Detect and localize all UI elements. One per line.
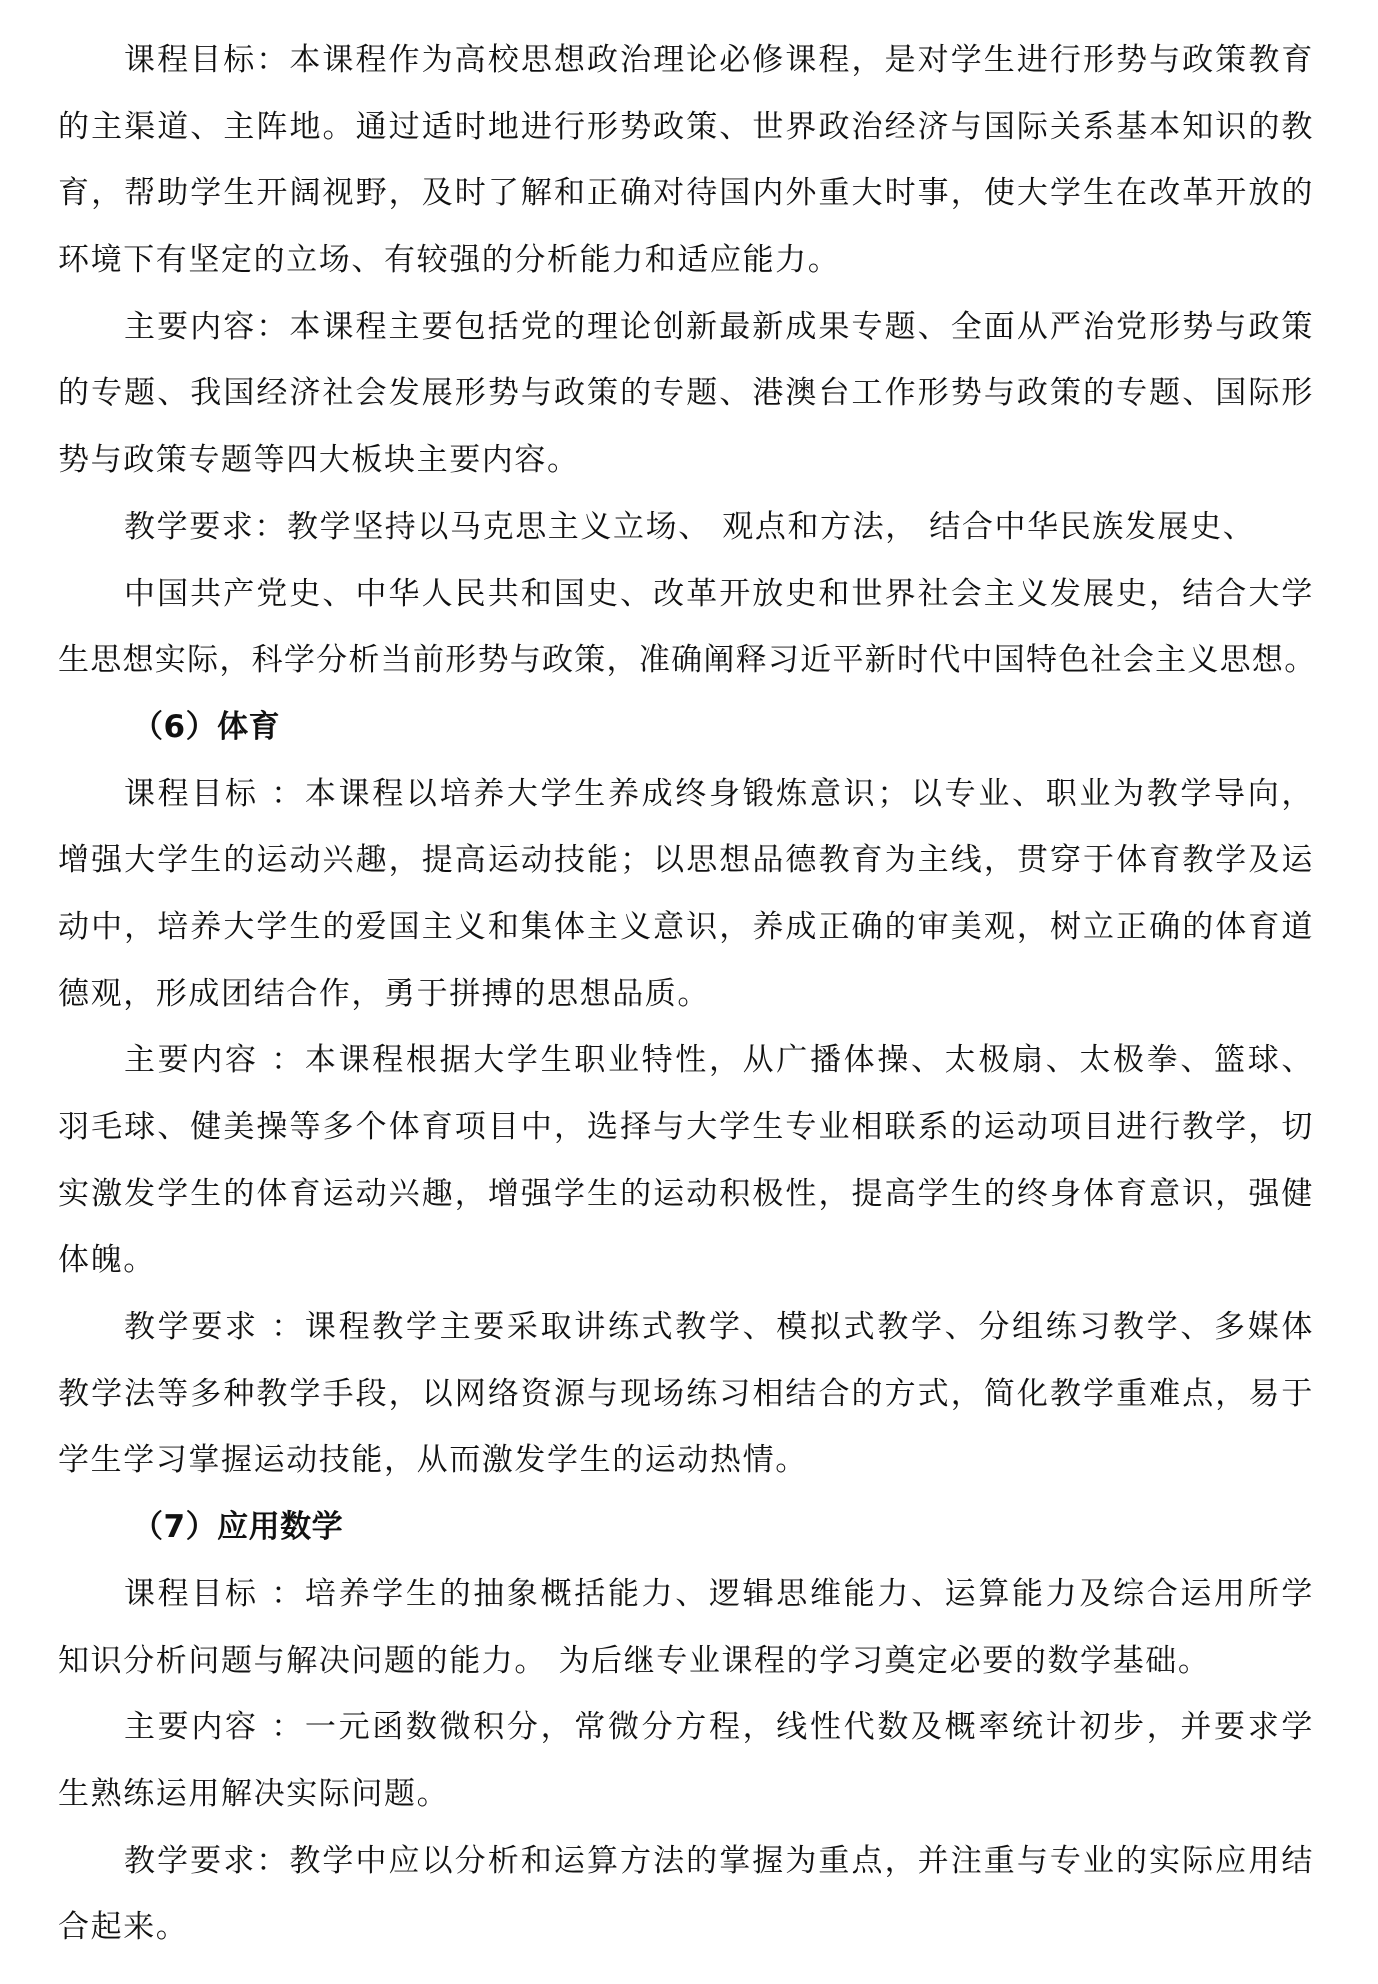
text-line: 课程目标 ：培养学生的抽象概括能力、逻辑思维能力、运算能力及综合运用所学 — [58, 1561, 1314, 1628]
text-line: 势与政策专题等四大板块主要内容。 — [58, 427, 1314, 494]
text-line: 羽毛球、健美操等多个体育项目中，选择与大学生专业相联系的运动项目进行教学，切 — [58, 1094, 1314, 1161]
paragraph-teaching-requirements: 教学要求 ：课程教学主要采取讲练式教学、模拟式教学、分组练习教学、多媒体 教学法… — [58, 1294, 1314, 1494]
text-line: 的专题、我国经济社会发展形势与政策的专题、港澳台工作形势与政策的专题、国际形 — [58, 360, 1314, 427]
section-heading: （7）应用数学 — [58, 1494, 1314, 1561]
paragraph-course-goal: 课程目标：本课程作为高校思想政治理论必修课程，是对学生进行形势与政策教育 的主渠… — [58, 27, 1314, 294]
paragraph-main-content: 主要内容 ：一元函数微积分，常微分方程，线性代数及概率统计初步，并要求学 生熟练… — [58, 1694, 1314, 1827]
text-line: 生思想实际，科学分析当前形势与政策，准确阐释习近平新时代中国特色社会主义思想。 — [58, 627, 1314, 694]
text-line: 主要内容：本课程主要包括党的理论创新最新成果专题、全面从严治党形势与政策 — [58, 294, 1314, 361]
text-line: 实激发学生的体育运动兴趣，增强学生的运动积极性，提高学生的终身体育意识，强健 — [58, 1161, 1314, 1228]
paragraph-course-goal: 课程目标 ：本课程以培养大学生养成终身锻炼意识；以专业、职业为教学导向， 增强大… — [58, 761, 1314, 1028]
text-line: 课程目标：本课程作为高校思想政治理论必修课程，是对学生进行形势与政策教育 — [58, 27, 1314, 94]
text-line: 德观，形成团结合作，勇于拼搏的思想品质。 — [58, 961, 1314, 1028]
text-line: 中国共产党史、中华人民共和国史、改革开放史和世界社会主义发展史，结合大学 — [58, 561, 1314, 628]
text-line: 学生学习掌握运动技能，从而激发学生的运动热情。 — [58, 1427, 1314, 1494]
text-line: 知识分析问题与解决问题的能力。 为后继专业课程的学习奠定必要的数学基础。 — [58, 1628, 1314, 1695]
text-line: 教学要求：教学中应以分析和运算方法的掌握为重点，并注重与专业的实际应用结 — [58, 1828, 1314, 1895]
text-line: 教学法等多种教学手段，以网络资源与现场练习相结合的方式，简化教学重难点，易于 — [58, 1361, 1314, 1428]
text-line: 增强大学生的运动兴趣，提高运动技能；以思想品德教育为主线，贯穿于体育教学及运 — [58, 827, 1314, 894]
paragraph-course-goal: 课程目标 ：培养学生的抽象概括能力、逻辑思维能力、运算能力及综合运用所学 知识分… — [58, 1561, 1314, 1694]
text-line: 主要内容 ：一元函数微积分，常微分方程，线性代数及概率统计初步，并要求学 — [58, 1694, 1314, 1761]
text-line: 合起来。 — [58, 1894, 1314, 1961]
text-line: 课程目标 ：本课程以培养大学生养成终身锻炼意识；以专业、职业为教学导向， — [58, 761, 1314, 828]
section-heading: （6）体育 — [58, 694, 1314, 761]
section-applied-math: （7）应用数学 课程目标 ：培养学生的抽象概括能力、逻辑思维能力、运算能力及综合… — [58, 1494, 1314, 1961]
paragraph-teaching-requirements: 教学要求：教学坚持以马克思主义立场、 观点和方法， 结合中华民族发展史、 中国共… — [58, 494, 1314, 694]
text-line: 体魄。 — [58, 1227, 1314, 1294]
text-line: 生熟练运用解决实际问题。 — [58, 1761, 1314, 1828]
text-line: 环境下有坚定的立场、有较强的分析能力和适应能力。 — [58, 227, 1314, 294]
text-line: 的主渠道、主阵地。通过适时地进行形势政策、世界政治经济与国际关系基本知识的教 — [58, 94, 1314, 161]
text-line: 主要内容 ：本课程根据大学生职业特性，从广播体操、太极扇、太极拳、篮球、 — [58, 1027, 1314, 1094]
paragraph-teaching-requirements: 教学要求：教学中应以分析和运算方法的掌握为重点，并注重与专业的实际应用结 合起来… — [58, 1828, 1314, 1961]
document-page: 课程目标：本课程作为高校思想政治理论必修课程，是对学生进行形势与政策教育 的主渠… — [58, 27, 1314, 1961]
section-politics: 课程目标：本课程作为高校思想政治理论必修课程，是对学生进行形势与政策教育 的主渠… — [58, 27, 1314, 694]
text-line: 教学要求 ：课程教学主要采取讲练式教学、模拟式教学、分组练习教学、多媒体 — [58, 1294, 1314, 1361]
text-line: 育，帮助学生开阔视野，及时了解和正确对待国内外重大时事，使大学生在改革开放的 — [58, 160, 1314, 227]
section-pe: （6）体育 课程目标 ：本课程以培养大学生养成终身锻炼意识；以专业、职业为教学导… — [58, 694, 1314, 1494]
text-line: 动中，培养大学生的爱国主义和集体主义意识，养成正确的审美观，树立正确的体育道 — [58, 894, 1314, 961]
paragraph-main-content: 主要内容：本课程主要包括党的理论创新最新成果专题、全面从严治党形势与政策 的专题… — [58, 294, 1314, 494]
text-line: 教学要求：教学坚持以马克思主义立场、 观点和方法， 结合中华民族发展史、 — [58, 494, 1314, 561]
paragraph-main-content: 主要内容 ：本课程根据大学生职业特性，从广播体操、太极扇、太极拳、篮球、 羽毛球… — [58, 1027, 1314, 1294]
